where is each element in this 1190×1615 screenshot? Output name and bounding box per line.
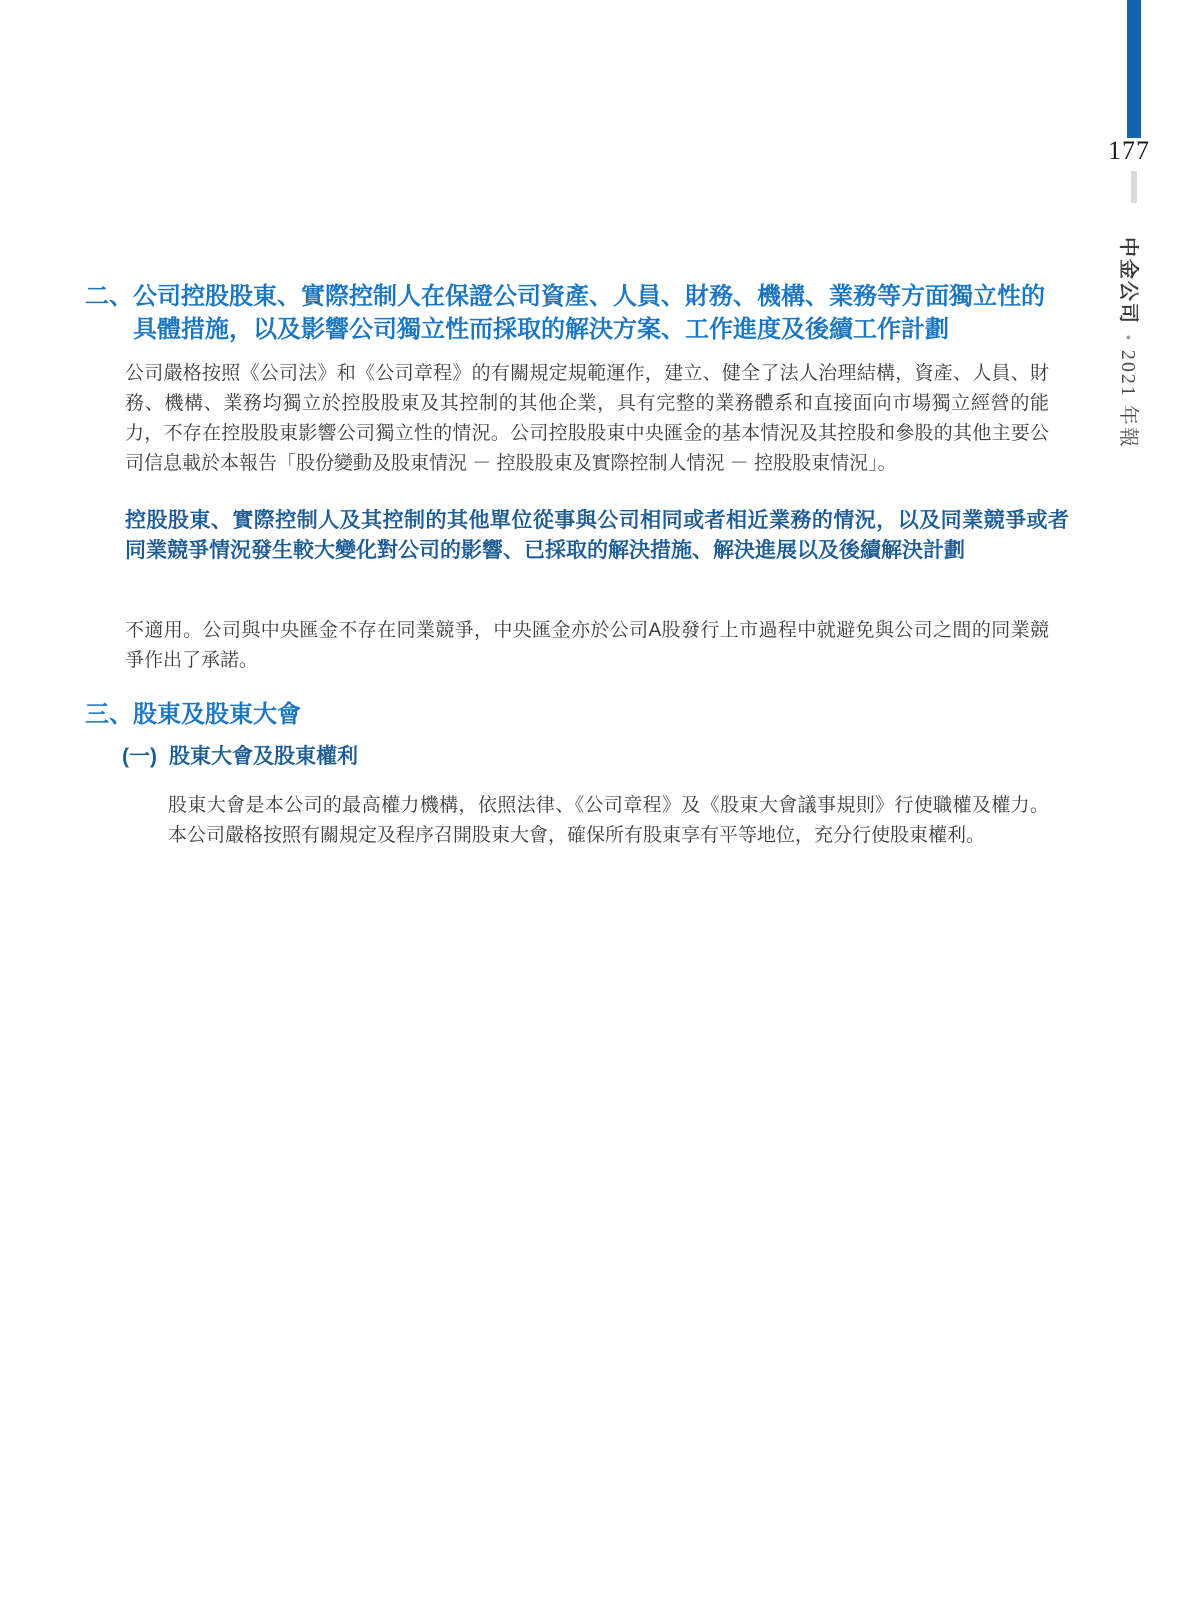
report-page: 177 中金公司•2021 年報 二、 公司控股股東、實際控制人在保證公司資產、… — [0, 0, 1190, 1615]
page-number-divider — [1131, 171, 1137, 203]
section-iii-heading: 三、 股東及股東大會 — [85, 698, 1051, 731]
subsection-1-title: 股東大會及股東權利 — [169, 743, 358, 771]
section-ii-paragraph-1: 公司嚴格按照《公司法》和《公司章程》的有關規定規範運作，建立、健全了法人治理結構… — [125, 359, 1049, 479]
section-ii-heading: 二、 公司控股股東、實際控制人在保證公司資產、人員、財務、機構、業務等方面獨立性… — [85, 280, 1051, 346]
section-ii-subheading: 控股股東、實際控制人及其控制的其他單位從事與公司相同或者相近業務的情況，以及同業… — [125, 506, 1069, 566]
page-number: 177 — [1098, 136, 1160, 166]
subsection-1-heading: (一) 股東大會及股東權利 — [122, 743, 1052, 771]
subsection-1-paragraph: 股東大會是本公司的最高權力機構，依照法律、《公司章程》及《股東大會議事規則》行使… — [168, 791, 1049, 851]
section-iii-marker: 三、 — [85, 698, 133, 731]
margin-vertical-text: 中金公司•2021 年報 — [1116, 237, 1141, 449]
section-ii-marker: 二、 — [85, 280, 133, 346]
margin-accent-bar — [1127, 0, 1141, 138]
bullet-separator-icon: • — [1121, 325, 1137, 350]
section-ii-title: 公司控股股東、實際控制人在保證公司資產、人員、財務、機構、業務等方面獨立性的具體… — [133, 280, 1051, 346]
section-iii-title: 股東及股東大會 — [133, 698, 1051, 731]
company-name: 中金公司 — [1117, 237, 1139, 325]
subsection-1-marker: (一) — [122, 743, 169, 771]
report-year: 2021 年報 — [1117, 350, 1139, 449]
section-ii-paragraph-2: 不適用。公司與中央匯金不存在同業競爭，中央匯金亦於公司A股發行上市過程中就避免與… — [125, 616, 1049, 676]
